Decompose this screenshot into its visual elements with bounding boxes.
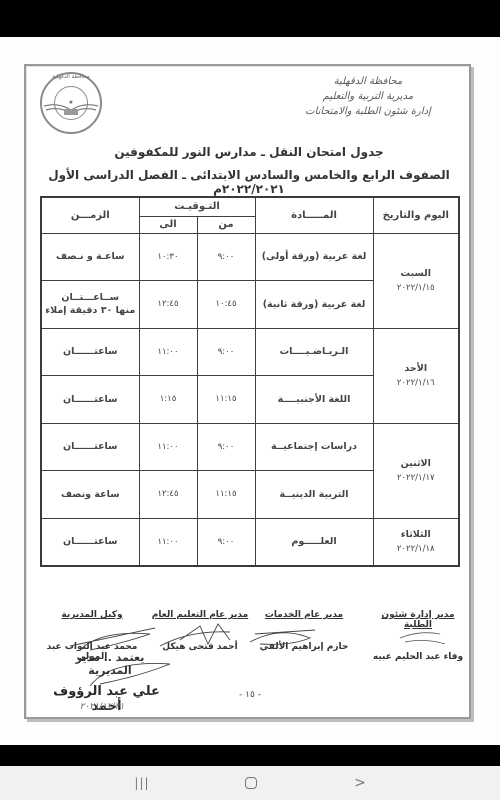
logo-caption: محافظة الدقهلية	[46, 74, 96, 80]
document-title: جدول امتحان النقل ـ مدارس النور للمكفوفي…	[40, 145, 458, 159]
from-cell: ٩:٠٠	[197, 518, 255, 566]
back-icon[interactable]: >	[330, 766, 390, 800]
table-header-row: اليوم والتاريخ المـــــادة التـوقيـت الز…	[41, 197, 459, 216]
signature-role: مدير إدارة شئون الطلبة	[368, 610, 468, 630]
day-date-cell: الاثنين ٢٠٢٢/١/١٧	[373, 423, 459, 518]
duration-cell: ســاعـــتــان منها ٣٠ دقيقة إملاء	[41, 281, 139, 329]
ministry-line-1: محافظة الدقهلية	[278, 74, 458, 89]
signature-student-affairs: مدير إدارة شئون الطلبة وفاء عبد الحليم ع…	[368, 610, 468, 662]
page-number: - ١٥ -	[230, 690, 270, 700]
subject-cell: لغة عربية (ورقة ثانية)	[255, 281, 373, 329]
ministry-header: محافظة الدقهلية مديرية التربية والتعليم …	[278, 74, 458, 119]
to-cell: ١٢:٤٥	[139, 471, 197, 519]
day-date-cell: السبت ٢٠٢٢/١/١٥	[373, 233, 459, 328]
subject-cell: اللغة الأجنبيــــة	[255, 376, 373, 424]
signature-role: مدير عام الخدمات	[254, 610, 354, 620]
duration-cell: ساعتــــــان	[41, 328, 139, 376]
subject-cell: لغة عربية (ورقة أولى)	[255, 233, 373, 281]
exam-date: ٢٠٢٢/١/١٧	[376, 471, 457, 486]
document-subtitle: الصفوف الرابع والخامس والسادس الابتدائى …	[40, 168, 458, 196]
letterbox-bar	[0, 745, 500, 766]
duration-cell: ساعتــــــان	[41, 423, 139, 471]
day-name: الاثنين	[376, 456, 457, 471]
header-day-date: اليوم والتاريخ	[373, 197, 459, 233]
to-cell: ١:١٥	[139, 376, 197, 424]
signature-name: حازم إبراهيم الألفي	[254, 642, 354, 652]
table-row: الأحد ٢٠٢٢/١/١٦ الـريـاضـيــــات ٩:٠٠ ١١…	[41, 328, 459, 376]
home-icon[interactable]	[221, 766, 281, 800]
from-cell: ٩:٠٠	[197, 423, 255, 471]
to-cell: ١١:٠٠	[139, 328, 197, 376]
day-name: الثلاثاء	[376, 527, 457, 542]
subject-cell: الـريـاضـيــــات	[255, 328, 373, 376]
from-cell: ١١:١٥	[197, 376, 255, 424]
to-cell: ١٢:٤٥	[139, 281, 197, 329]
android-nav-bar: ||| >	[0, 766, 500, 800]
signature-services: مدير عام الخدمات حازم إبراهيم الألفي	[254, 610, 354, 652]
duration-note: منها ٣٠ دقيقة إملاء	[44, 304, 137, 317]
ministry-line-3: إدارة شئون الطلبة والامتحانات	[278, 104, 458, 119]
day-name: الأحد	[376, 361, 457, 376]
signature-role: مدير عام التعليم العام	[150, 610, 250, 620]
duration-cell: ساعـة و نـصف	[41, 233, 139, 281]
exam-date: ٢٠٢٢/١/١٥	[376, 281, 457, 296]
book-wings-icon	[40, 102, 102, 116]
director-date: ٢٠٢١/١٢/٢١	[62, 702, 142, 712]
exam-date: ٢٠٢٢/١/١٨	[376, 542, 457, 557]
duration-cell: ساعة ونصف	[41, 471, 139, 519]
to-cell: ١٠:٣٠	[139, 233, 197, 281]
duration-cell: ساعتــــــان	[41, 376, 139, 424]
from-cell: ١٠:٤٥	[197, 281, 255, 329]
signature-name: وفاء عبد الحليم عبيه	[368, 652, 468, 662]
header-from: من	[197, 216, 255, 233]
table-row: الثلاثاء ٢٠٢٢/١/١٨ العلـــــوم ٩:٠٠ ١١:٠…	[41, 518, 459, 566]
from-cell: ١١:١٥	[197, 471, 255, 519]
status-bar	[0, 0, 500, 37]
table-row: الاثنين ٢٠٢٢/١/١٧ دراسات إجتماعيــة ٩:٠٠…	[41, 423, 459, 471]
header-subject: المـــــادة	[255, 197, 373, 233]
signature-name: أحمد فتحى هيكل	[150, 642, 250, 652]
signature-general-education: مدير عام التعليم العام أحمد فتحى هيكل	[150, 610, 250, 652]
from-cell: ٩:٠٠	[197, 233, 255, 281]
table-row: السبت ٢٠٢٢/١/١٥ لغة عربية (ورقة أولى) ٩:…	[41, 233, 459, 281]
day-date-cell: الثلاثاء ٢٠٢٢/١/١٨	[373, 518, 459, 566]
day-name: السبت	[376, 266, 457, 281]
subject-cell: التربية الدينيــة	[255, 471, 373, 519]
subject-cell: العلـــــوم	[255, 518, 373, 566]
signature-role: وكيل المديرية	[36, 610, 148, 620]
header-timing: التـوقيـت	[139, 197, 255, 216]
duration-text: ســاعـــتــان	[44, 291, 137, 304]
day-date-cell: الأحد ٢٠٢٢/١/١٦	[373, 328, 459, 423]
subject-cell: دراسات إجتماعيــة	[255, 423, 373, 471]
exam-schedule-table: اليوم والتاريخ المـــــادة التـوقيـت الز…	[40, 196, 460, 567]
duration-cell: ساعتــــــان	[41, 518, 139, 566]
from-cell: ٩:٠٠	[197, 328, 255, 376]
header-duration: الزمـــن	[41, 197, 139, 233]
exam-date: ٢٠٢٢/١/١٦	[376, 376, 457, 391]
to-cell: ١١:٠٠	[139, 518, 197, 566]
recent-apps-icon[interactable]: |||	[112, 766, 172, 800]
header-to: الى	[139, 216, 197, 233]
approval-label: يعتمد .. مدير المديرية	[60, 651, 160, 677]
to-cell: ١١:٠٠	[139, 423, 197, 471]
ministry-line-2: مديرية التربية والتعليم	[278, 89, 458, 104]
